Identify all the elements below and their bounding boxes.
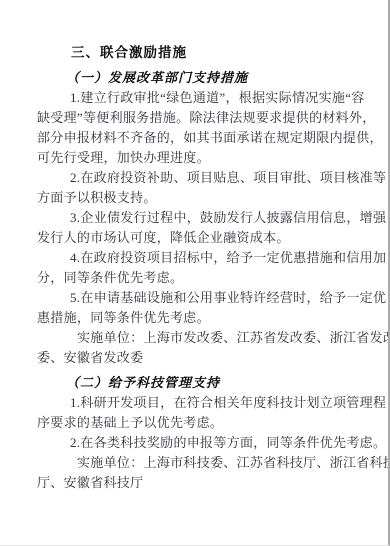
sub-heading-1: （一）发展改革部门支持措施 — [37, 68, 374, 88]
paragraph-line: 5.在申请基础设施和公用事业特许经营时，给予一定优 — [37, 288, 374, 308]
document-page: 三、联合激励措施（一）发展改革部门支持措施1.建立行政审批“绿色通道”，根据实际… — [0, 0, 390, 546]
paragraph-line: 4.在政府投资项目招标中，给予一定优惠措施和信用加 — [37, 248, 374, 268]
paragraph-line: 缺受理”等便利服务措施。除法律法规要求提供的材料外， — [37, 108, 374, 128]
paragraph-line: 部分申报材料不齐备的，如其书面承诺在规定期限内提供， — [37, 128, 374, 148]
paragraph-line: 1.建立行政审批“绿色通道”，根据实际情况实施“容 — [37, 88, 374, 108]
main-heading: 三、联合激励措施 — [37, 43, 374, 63]
paragraph-line: 发行人的市场认可度，降低企业融资成本。 — [37, 228, 374, 248]
document-body: 三、联合激励措施（一）发展改革部门支持措施1.建立行政审批“绿色通道”，根据实际… — [0, 0, 388, 493]
paragraph-line: 惠措施，同等条件优先考虑。 — [37, 308, 374, 328]
paragraph-line: 方面予以积极支持。 — [37, 188, 374, 208]
paragraph-line: 2.在各类科技奖励的申报等方面，同等条件优先考虑。 — [37, 433, 374, 453]
paragraph-line: 分，同等条件优先考虑。 — [37, 268, 374, 288]
implementing-units-line: 实施单位：上海市科技委、江苏省科技厅、浙江省科技 — [37, 453, 374, 473]
paragraph-line: 序要求的基础上予以优先考虑。 — [37, 413, 374, 433]
implementing-units-line: 实施单位：上海市发改委、江苏省发改委、浙江省发改 — [37, 328, 374, 348]
implementing-units-line: 委、安徽省发改委 — [37, 348, 374, 368]
paragraph-line: 3.企业债发行过程中，鼓励发行人披露信用信息，增强 — [37, 208, 374, 228]
implementing-units-line: 厅、安徽省科技厅 — [37, 473, 374, 493]
paragraph-line: 2.在政府投资补助、项目贴息、项目审批、项目核准等 — [37, 168, 374, 188]
paragraph-line: 可先行受理，加快办理进度。 — [37, 148, 374, 168]
sub-heading-2: （二）给予科技管理支持 — [37, 373, 374, 393]
paragraph-line: 1.科研开发项目，在符合相关年度科技计划立项管理程 — [37, 393, 374, 413]
